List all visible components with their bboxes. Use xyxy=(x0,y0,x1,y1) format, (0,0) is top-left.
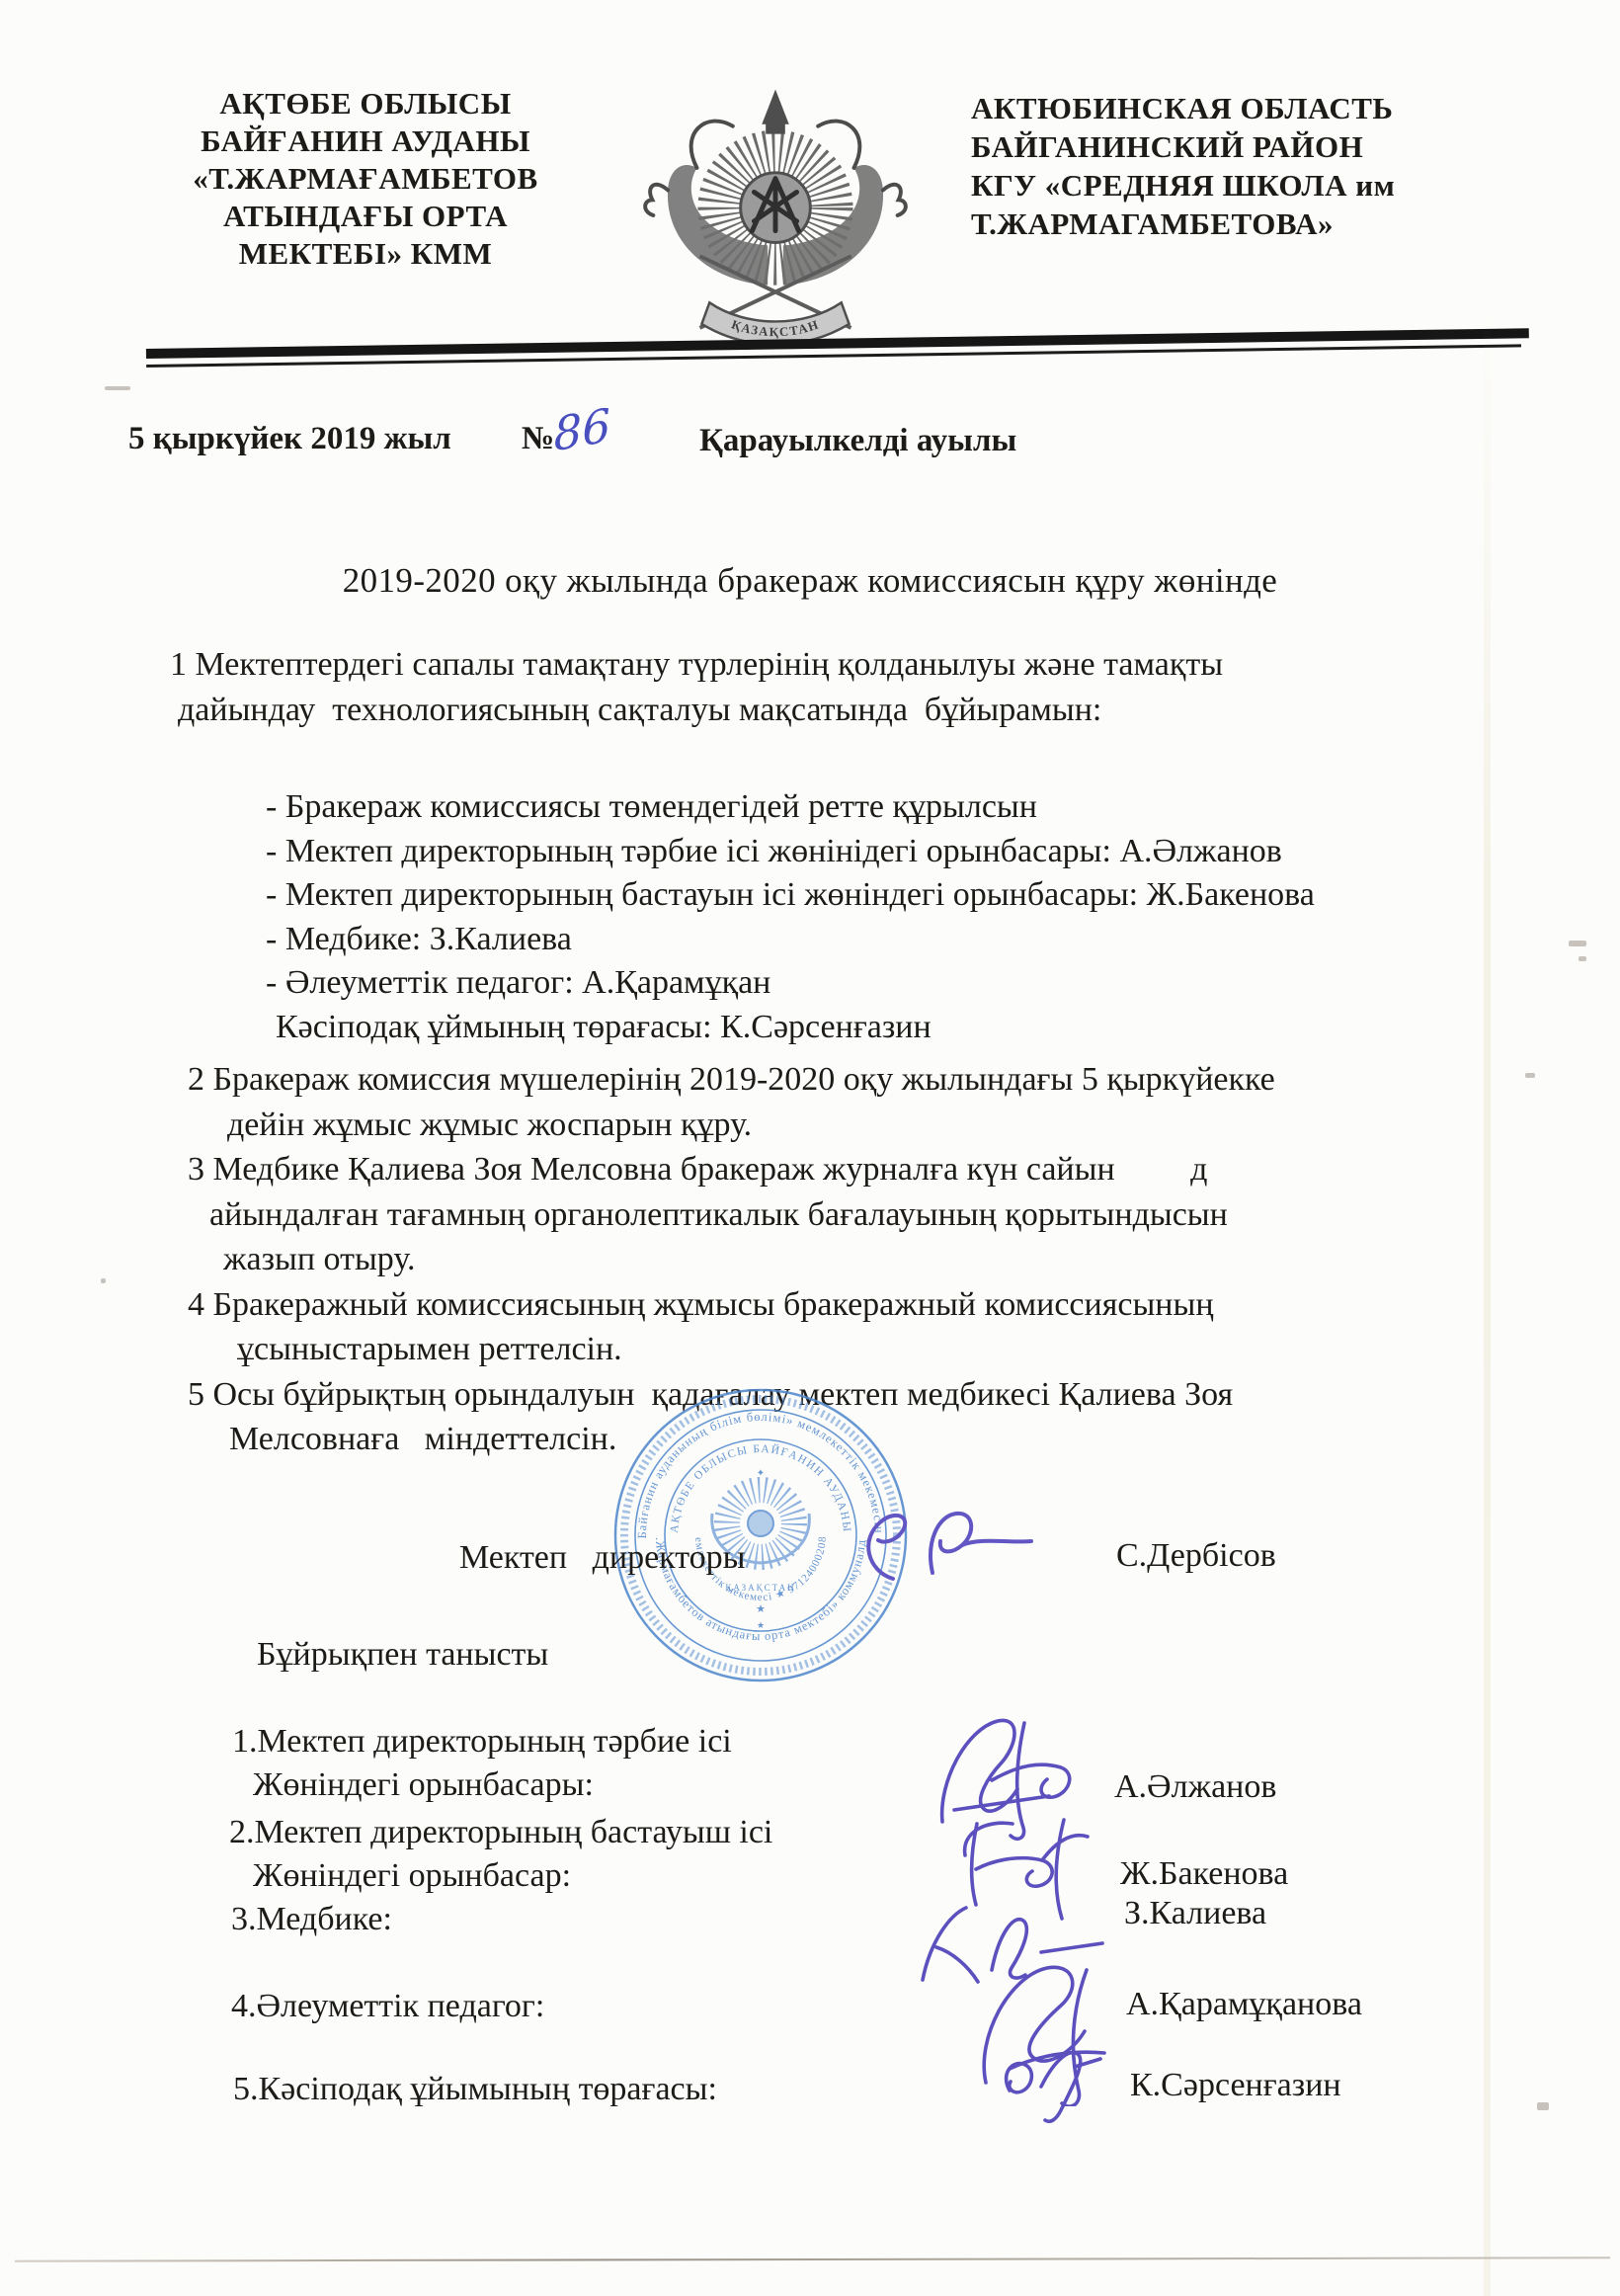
ack-signee-name: А.Әлжанов xyxy=(1114,1770,1276,1804)
svg-text:★: ★ xyxy=(757,1620,765,1630)
director-signature xyxy=(842,1500,1049,1599)
order-place: Қарауылкелді ауылы xyxy=(699,425,1016,457)
order-number-handwritten: 86 xyxy=(552,398,611,462)
text-line: 2 Бракераж комиссия мүшелерінің 2019-202… xyxy=(188,1057,1275,1103)
scan-edge-shadow xyxy=(1484,296,1491,2296)
text-line: 4 Бракеражный комиссиясының жұмысы браке… xyxy=(188,1282,1275,1328)
order-intro: 1 Мектептердегі сапалы тамақтану түрлері… xyxy=(170,642,1223,733)
kazakhstan-coat-of-arms-icon: ҚАЗАҚСТАН xyxy=(620,83,931,348)
stamp-center-text: ҚАЗАҚСТАН xyxy=(725,1583,795,1593)
commission-item: - Мектеп директорының бастауын ісі жөнін… xyxy=(266,873,1315,918)
scan-artifact xyxy=(1525,1073,1535,1078)
ack-entry-line: 3.Медбике: xyxy=(231,1903,392,1936)
org-line: МЕКТЕБІ» КММ xyxy=(173,235,558,273)
org-line: БАЙГАНИНСКИЙ РАЙОН xyxy=(971,127,1495,166)
org-line: Т.ЖАРМАГАМБЕТОВА» xyxy=(971,205,1495,243)
org-line: «Т.ЖАРМАҒАМБЕТОВ xyxy=(173,160,558,198)
ack-signee-name: З.Калиева xyxy=(1124,1897,1266,1930)
document-page: АҚТӨБЕ ОБЛЫСЫ БАЙҒАНИН АУДАНЫ «Т.ЖАРМАҒА… xyxy=(0,0,1620,2296)
order-number-label: № xyxy=(522,423,554,455)
ack-entry-line: 2.Мектеп директорының бастауыш ісі xyxy=(229,1816,772,1849)
svg-text:✦: ✦ xyxy=(757,1468,765,1479)
org-line: КГУ «СРЕДНЯЯ ШКОЛА им xyxy=(971,166,1495,205)
text-line: жазып отыру. xyxy=(188,1237,1275,1282)
text-line: айындалған тағамның органолептикалык бағ… xyxy=(188,1192,1275,1238)
text-line: ұсыныстарымен реттелсін. xyxy=(188,1327,1275,1372)
ack-entry-line: 5.Кәсіподақ ұйымының төрағасы: xyxy=(233,2073,717,2106)
scan-artifact xyxy=(1569,941,1586,946)
commission-item: - Мектеп директорының тәрбие ісі жөнінід… xyxy=(266,830,1315,874)
commission-item: Кәсіподақ ұймының төрағасы: К.Сәрсенғази… xyxy=(266,1006,1315,1050)
org-line: АҚТӨБЕ ОБЛЫСЫ xyxy=(173,85,558,123)
commission-list: - Бракераж комиссиясы төмендегідей ретте… xyxy=(266,785,1315,1049)
ack-entry-line: 1.Мектеп директорының тәрбие ісі xyxy=(232,1725,732,1759)
scan-artifact xyxy=(1537,2102,1549,2110)
ack-entry-line: Жөніндегі орынбасар: xyxy=(253,1859,571,1893)
text-line: дейін жұмыс жұмыс жоспарын құру. xyxy=(188,1103,1275,1148)
org-name-kazakh: АҚТӨБЕ ОБЛЫСЫ БАЙҒАНИН АУДАНЫ «Т.ЖАРМАҒА… xyxy=(173,85,558,273)
scan-artifact xyxy=(1579,956,1586,961)
text-line: 1 Мектептердегі сапалы тамақтану түрлері… xyxy=(170,642,1223,688)
acknowledgement-heading: Бұйрықпен танысты xyxy=(257,1638,548,1672)
commission-item: - Медбике: З.Калиева xyxy=(266,918,1315,962)
order-title: 2019-2020 оқу жылында бракераж комиссияс… xyxy=(119,561,1501,601)
ack-signee-name: А.Қарамұқанова xyxy=(1126,1988,1362,2021)
order-date: 5 қыркүйек 2019 жыл xyxy=(128,423,451,455)
signature-sarsengazin xyxy=(988,2039,1121,2138)
scan-artifact xyxy=(105,386,130,390)
org-line: АТЫНДАҒЫ ОРТА xyxy=(173,198,558,235)
ack-signee-name: Ж.Бакенова xyxy=(1120,1857,1288,1891)
bottom-scan-line xyxy=(15,2256,1610,2261)
commission-item: - Бракераж комиссиясы төмендегідей ретте… xyxy=(266,785,1315,830)
commission-item: - Әлеуметтік педагог: А.Қарамұқан xyxy=(266,961,1315,1006)
svg-text:★: ★ xyxy=(756,1603,766,1615)
scan-artifact xyxy=(101,1278,106,1283)
org-line: БАЙҒАНИН АУДАНЫ xyxy=(173,123,558,160)
text-line: дайындау технологиясының сақталуы мақсат… xyxy=(170,688,1223,733)
director-role-label: Мектеп директоры xyxy=(459,1541,746,1575)
ack-signee-name: К.Сәрсенғазин xyxy=(1130,2069,1341,2102)
org-line: АКТЮБИНСКАЯ ОБЛАСТЬ xyxy=(971,89,1495,127)
org-name-russian: АКТЮБИНСКАЯ ОБЛАСТЬ БАЙГАНИНСКИЙ РАЙОН К… xyxy=(971,89,1495,243)
director-name: С.Дербісов xyxy=(1116,1539,1276,1573)
text-line: 3 Медбике Қалиева Зоя Мелсовна бракераж … xyxy=(188,1147,1275,1192)
ack-entry-line: 4.Әлеуметтік педагог: xyxy=(231,1990,544,2023)
ack-entry-line: Жөніндегі орынбасары: xyxy=(253,1768,594,1802)
